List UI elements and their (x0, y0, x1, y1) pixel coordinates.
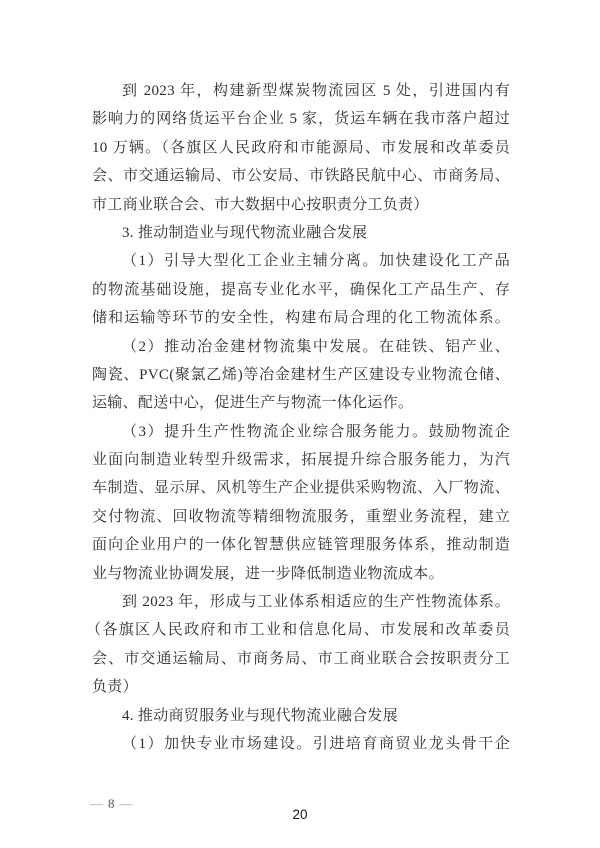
text-line: （2）推动冶金建材物流集中发展。在硅铁、铝产业、 (92, 333, 510, 361)
text-line: 负责） (92, 673, 510, 701)
text-line: 运输、配送中心，促进生产与物流一体化运作。 (92, 389, 510, 417)
document-body: 到 2023 年，构建新型煤炭物流园区 5 处，引进国内有 影响力的网络货运平台… (92, 77, 510, 758)
section-heading: 4. 推动商贸服务业与现代物流业融合发展 (92, 702, 510, 730)
text-line: 到 2023 年，形成与工业体系相适应的生产性物流体系。 (92, 588, 510, 616)
viewer-page-indicator: 20 (0, 807, 600, 822)
text-line: 业面向制造业转型升级需求，拓展提升综合服务能力，为汽 (92, 446, 510, 474)
text-line: 的物流基础设施，提高专业化水平，确保化工产品生产、存 (92, 276, 510, 304)
text-line: 陶瓷、PVC(聚氯乙烯)等冶金建材生产区建设专业物流仓储、 (92, 361, 510, 389)
text-line: （各旗区人民政府和市工业和信息化局、市发展和改革委员 (86, 616, 510, 644)
document-page: 到 2023 年，构建新型煤炭物流园区 5 处，引进国内有 影响力的网络货运平台… (0, 0, 600, 848)
text-line: （3）提升生产性物流企业综合服务能力。鼓励物流企 (92, 418, 510, 446)
text-line: （1）引导大型化工企业主辅分离。加快建设化工产品 (92, 247, 510, 275)
text-line: 会、市交通运输局、市公安局、市铁路民航中心、市商务局、 (92, 162, 510, 190)
text-line: 储和运输等环节的安全性，构建布局合理的化工物流体系。 (92, 304, 510, 332)
text-line: 到 2023 年，构建新型煤炭物流园区 5 处，引进国内有 (92, 77, 510, 105)
text-line: 车制造、显示屏、风机等生产企业提供采购物流、入厂物流、 (92, 474, 510, 502)
text-line: 市工商业联合会、市大数据中心按职责分工负责） (92, 191, 510, 219)
text-line: 业与物流业协调发展，进一步降低制造业物流成本。 (92, 560, 510, 588)
section-heading: 3. 推动制造业与现代物流业融合发展 (92, 219, 510, 247)
text-line: 10 万辆。（各旗区人民政府和市能源局、市发展和改革委员 (92, 134, 510, 162)
text-line: （1）加快专业市场建设。引进培育商贸业龙头骨干企 (92, 730, 510, 758)
text-line: 交付物流、回收物流等精细物流服务，重塑业务流程，建立 (92, 503, 510, 531)
text-line: 影响力的网络货运平台企业 5 家，货运车辆在我市落户超过 (92, 105, 510, 133)
text-line: 会、市交通运输局、市商务局、市工商业联合会按职责分工 (92, 645, 510, 673)
text-line: 面向企业用户的一体化智慧供应链管理服务体系，推动制造 (92, 531, 510, 559)
